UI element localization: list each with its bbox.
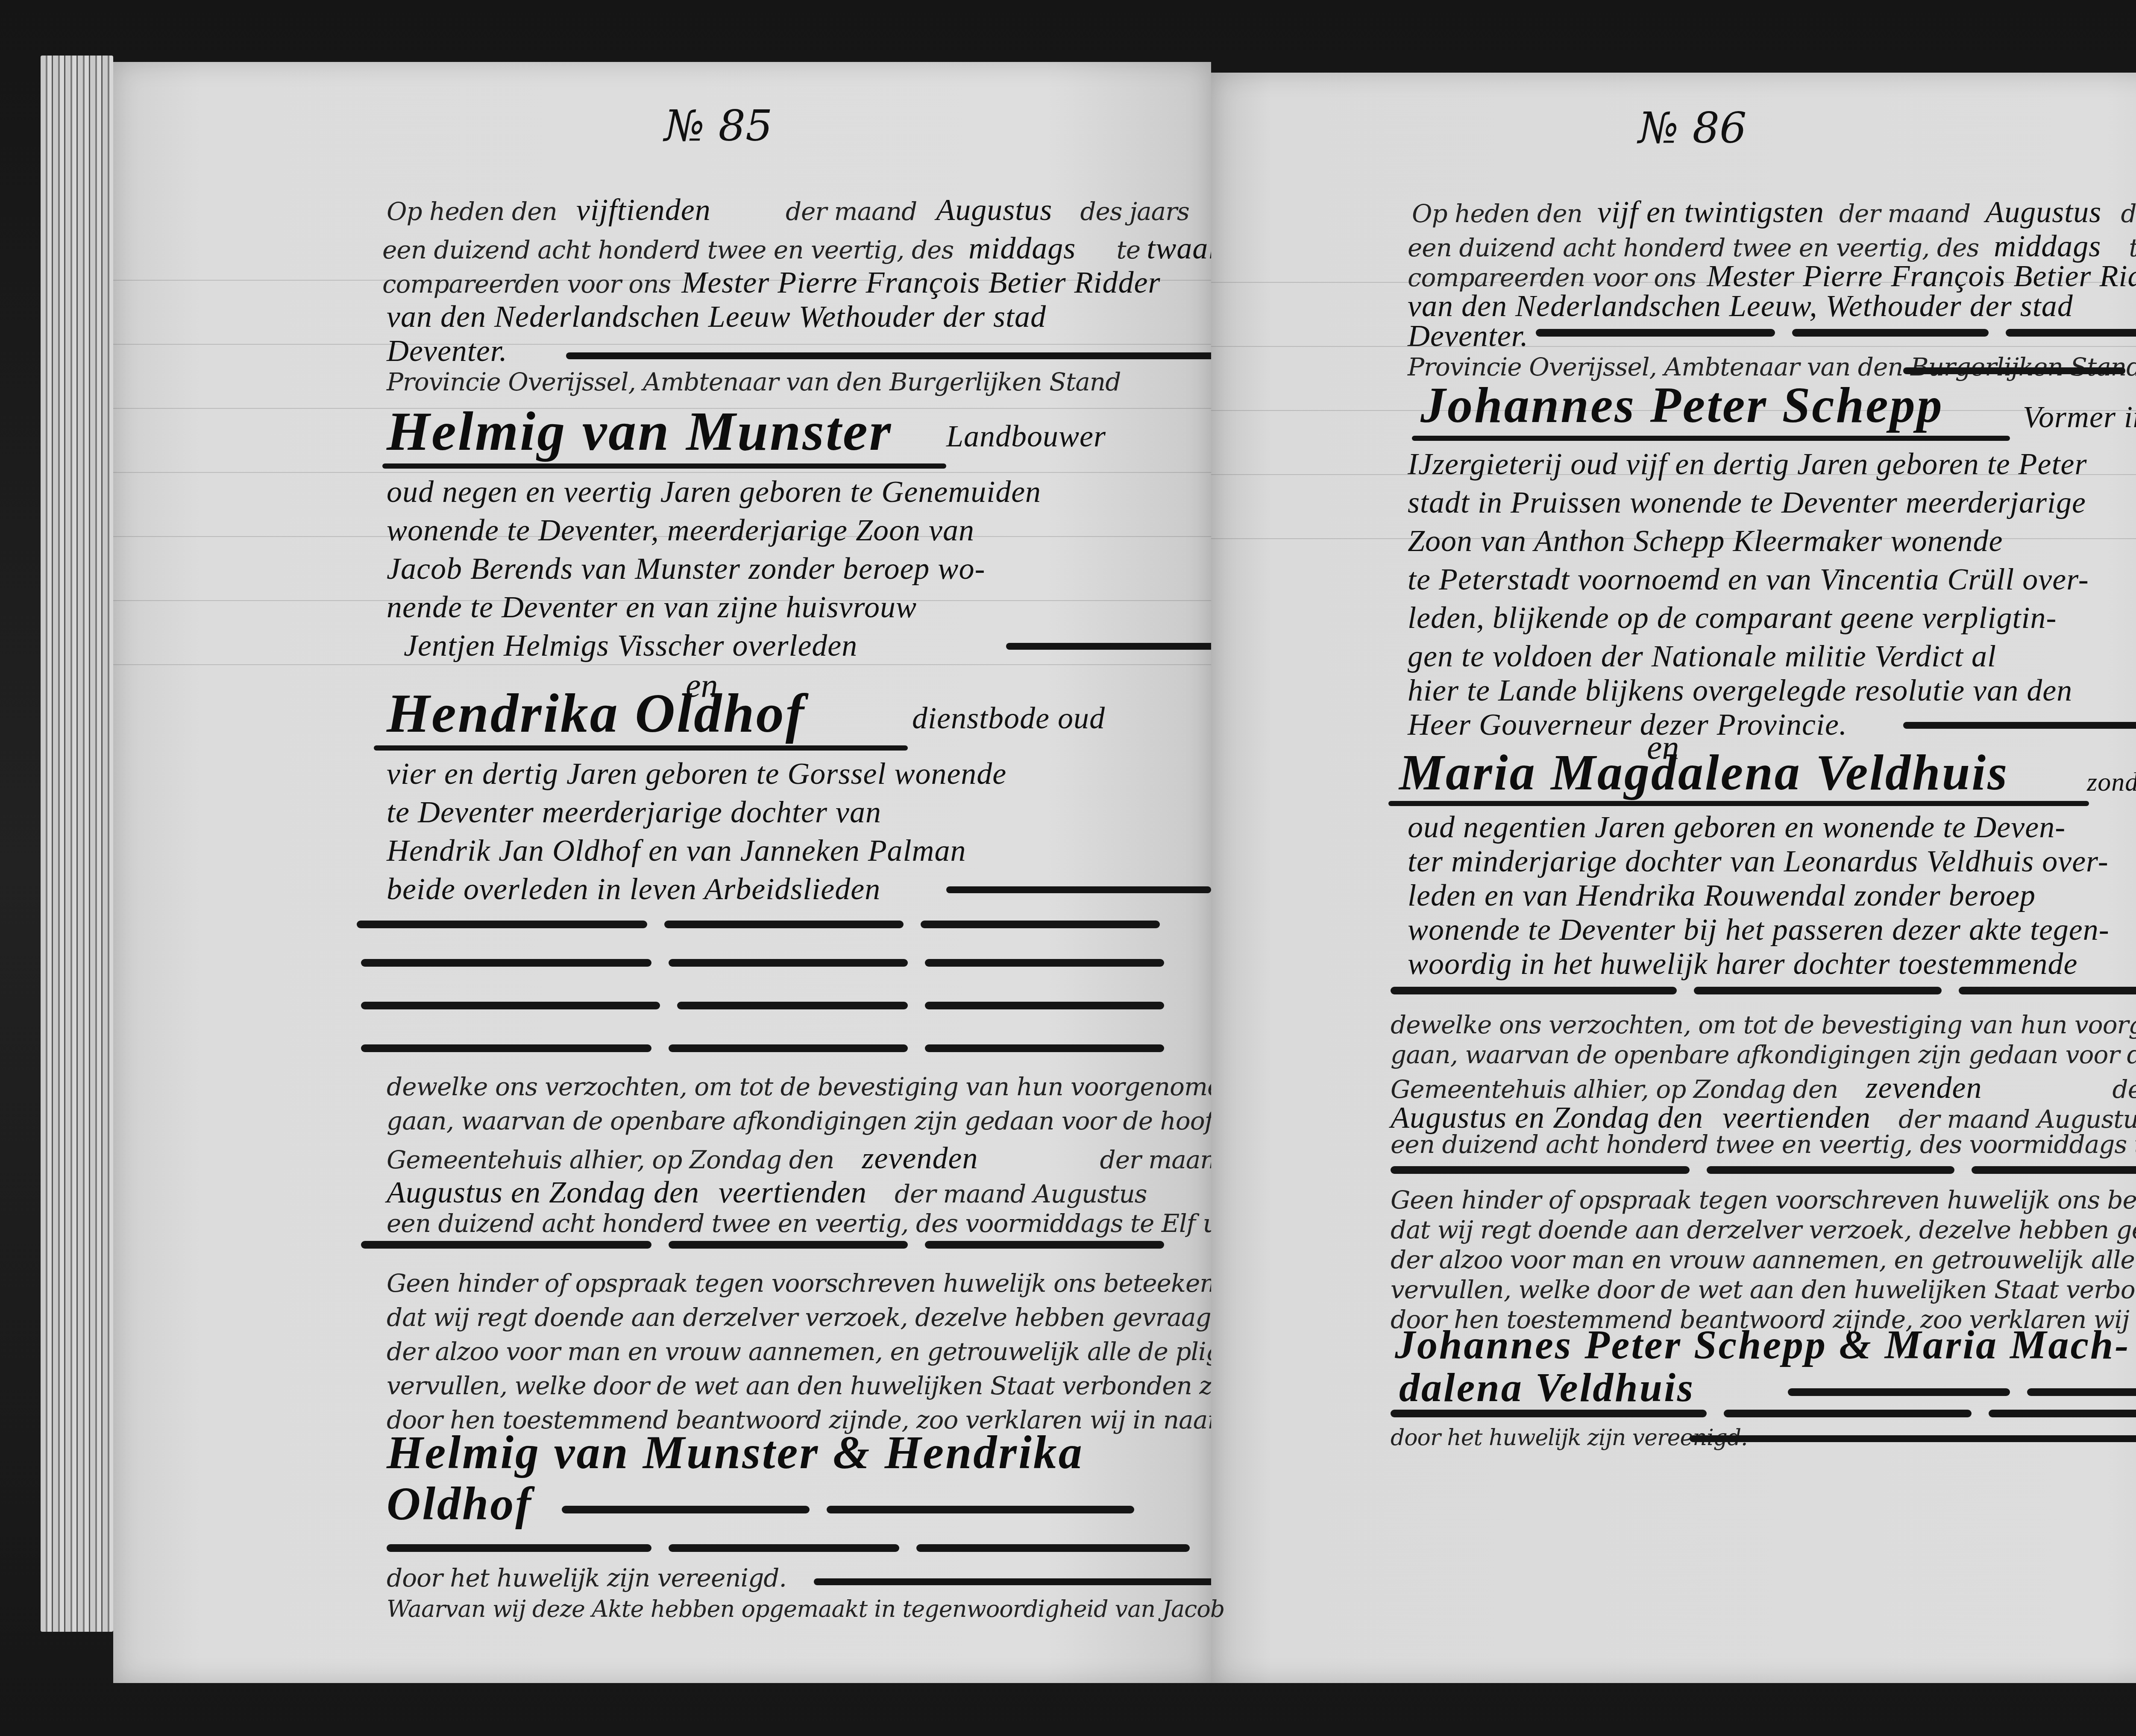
groom-detail: IJzergieterij oud vijf en dertig Jaren g… (1408, 449, 2087, 479)
bride-occupation: dienstbode oud (912, 703, 1105, 733)
filler-dash-row (1391, 987, 2136, 994)
groom-detail: Heer Gouverneur dezer Provincie. (1408, 709, 1847, 740)
filler-bar (1690, 1435, 2136, 1442)
couple-names: Johannes Peter Schepp & Maria Mach- (1395, 1324, 2130, 1365)
name-underline (382, 463, 946, 469)
groom-detail: wonende te Deventer, meerderjarige Zoon … (387, 515, 974, 545)
official-title-line: van den Nederlandschen Leeuw, Wethouder … (1408, 290, 2073, 321)
filler-bar (566, 352, 1232, 359)
name-underline (1388, 801, 2089, 806)
groom-detail: Zoon van Anthon Schepp Kleermaker wonend… (1408, 525, 2003, 556)
groom-detail: oud negen en veertig Jaren geboren te Ge… (387, 476, 1041, 507)
groom-detail: gen te voldoen der Nationale militie Ver… (1408, 641, 1996, 672)
ruled-line (113, 472, 1211, 473)
banns-line: Gemeentehuis alhier, op Zondag den zeven… (387, 1143, 1231, 1173)
groom-detail: leden, blijkende op de comparant geene v… (1408, 602, 2057, 633)
groom-detail: stadt in Pruissen wonende te Deventer me… (1408, 487, 2086, 518)
filler-dash-row (361, 959, 1164, 967)
bride-detail: ter minderjarige dochter van Leonardus V… (1408, 846, 2109, 877)
filler-bar (1903, 367, 2125, 374)
groom-name: Helmig van Munster (387, 404, 892, 459)
bride-name: Hendrika Oldhof (387, 686, 806, 741)
opening-line: Op heden den vijf en twintigsten der maa… (1412, 196, 2136, 227)
ruled-line (113, 664, 1211, 665)
groom-detail: nende te Deventer en van zijne huisvrouw (387, 592, 917, 622)
bride-detail: oud negentien Jaren geboren en wonende t… (1408, 812, 2066, 842)
banns-line: een duizend acht honderd twee en veertig… (387, 1211, 1251, 1236)
filler-dash-row (1391, 1410, 2136, 1417)
bride-detail: beide overleden in leven Arbeidslieden (387, 874, 880, 904)
ruled-line (1211, 346, 2136, 347)
left-witness-block (350, 1252, 1183, 1679)
filler-bar (946, 886, 1211, 893)
name-underline (1412, 436, 2010, 441)
groom-occupation: Vormer in de (2023, 402, 2136, 432)
province-line: Provincie Overijssel, Ambtenaar van den … (387, 369, 1121, 394)
declaration-line: dat wij regt doende aan derzelver verzoe… (1391, 1217, 2136, 1242)
filler-dash-row (1391, 1166, 2136, 1174)
bride-detail: vier en dertig Jaren geboren te Gorssel … (387, 758, 1006, 789)
official-title-line: van den Nederlandschen Leeuw Wethouder d… (387, 301, 1046, 332)
bride-detail: Hendrik Jan Oldhof en van Janneken Palma… (387, 835, 966, 866)
right-page: 1 № 86 Op heden den vijf en twintigsten … (1211, 73, 2136, 1683)
groom-occupation: Landbouwer (946, 421, 1106, 452)
banns-line: dewelke ons verzochten, om tot de bevest… (1391, 1012, 2136, 1037)
province-line: Provincie Overijssel, Ambtenaar van den … (1408, 355, 2136, 379)
filler-dash-row (1788, 1388, 2136, 1396)
year-line: een duizend acht honderd twee en veertig… (382, 233, 1285, 264)
bride-detail: te Deventer meerderjarige dochter van (387, 797, 881, 827)
filler-bar (1006, 643, 1220, 650)
groom-name: Johannes Peter Schepp (1420, 380, 1944, 431)
banns-line: Gemeentehuis alhier, op Zondag den zeven… (1391, 1072, 2136, 1103)
bride-detail: woordig in het huwelijk harer dochter to… (1408, 948, 2077, 979)
city-line: Deventer. (387, 335, 508, 366)
compareerden-line: compareerden voor ons Mester Pierre Fran… (382, 267, 1160, 298)
bride-detail: leden en van Hendrika Rouwendal zonder b… (1408, 880, 2036, 911)
groom-detail: hier te Lande blijkens overgelegde resol… (1408, 675, 2072, 706)
filler-bar (1903, 722, 2136, 729)
declaration-line: der alzoo voor man en vrouw aannemen, en… (1391, 1247, 2136, 1272)
act-number: № 86 (1638, 107, 1747, 150)
banns-line: een duizend acht honderd twee en veertig… (1391, 1132, 2136, 1157)
banns-line: gaan, waarvan de openbare afkondigingen … (1391, 1042, 2136, 1067)
filler-dash-row (1536, 329, 2136, 337)
filler-dash-row (361, 1044, 1164, 1052)
banns-line: Augustus en Zondag den veertienden der m… (387, 1177, 1147, 1208)
filler-dash-row (361, 1002, 1164, 1009)
act-number: № 85 (664, 105, 773, 147)
declaration-line: Geen hinder of opspraak tegen voorschrev… (1391, 1188, 2136, 1212)
bride-name: Maria Magdalena Veldhuis (1399, 748, 2009, 798)
name-underline (374, 745, 908, 751)
compareerden-line: compareerden voor ons Mester Pierre Fran… (1408, 261, 2136, 291)
left-page-stack-edges (41, 56, 113, 1632)
ruled-line (113, 344, 1211, 345)
opening-line: Op heden den vijftienden der maand Augus… (387, 194, 1189, 225)
filler-dash-row (357, 921, 1160, 928)
groom-detail: Jacob Berends van Munster zonder beroep … (387, 553, 985, 584)
bride-occupation: zonder beroep (2087, 769, 2136, 795)
bride-detail: wonende te Deventer bij het passeren dez… (1408, 914, 2110, 945)
groom-detail: te Peterstadt voornoemd en van Vincentia… (1408, 564, 2089, 595)
groom-detail: Jentjen Helmigs Visscher overleden (404, 630, 857, 661)
couple-names-cont: dalena Veldhuis (1399, 1367, 1695, 1408)
declaration-line: vervullen, welke door de wet aan den huw… (1391, 1277, 2136, 1302)
banns-line: Augustus en Zondag den veertienden der m… (1391, 1102, 2136, 1133)
city-line: Deventer. (1408, 320, 1529, 351)
year-line: een duizend acht honderd twee en veertig… (1408, 231, 2136, 261)
filler-dash-row (361, 1241, 1164, 1249)
